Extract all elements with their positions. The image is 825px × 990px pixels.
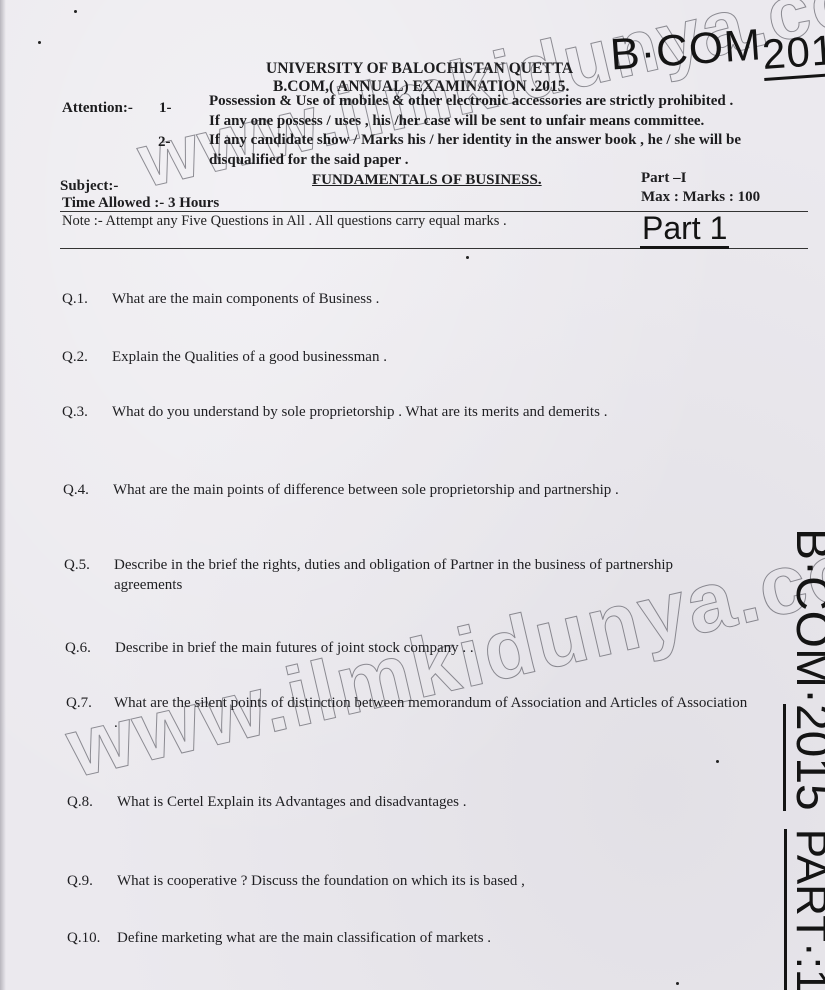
question-number: Q.2. xyxy=(62,347,88,367)
question-text: Explain the Qualities of a good business… xyxy=(112,347,742,367)
attention-item-1-line-1: Possession & Use of mobiles & other elec… xyxy=(209,93,733,110)
question-text: Define marketing what are the main class… xyxy=(117,928,747,948)
handwritten-part: Part 1 xyxy=(640,212,729,249)
question-number: Q.4. xyxy=(63,480,89,500)
attention-item-2-line-1: If any candidate show / Marks his / her … xyxy=(209,132,741,149)
time-allowed: Time Allowed :- 3 Hours xyxy=(62,195,219,212)
question-text: What is Certel Explain its Advantages an… xyxy=(117,792,747,812)
subject-title: FUNDAMENTALS OF BUSINESS. xyxy=(312,172,542,189)
question-number: Q.8. xyxy=(67,792,93,812)
handwritten-side-part: PART·:1 xyxy=(784,829,825,990)
part-label: Part –I xyxy=(641,170,686,187)
question-number: Q.5. xyxy=(64,555,90,575)
handwritten-course: B·COM xyxy=(609,20,764,79)
question-text: Describe in brief the main futures of jo… xyxy=(115,638,745,658)
question-number: Q.3. xyxy=(62,402,88,422)
attention-item-2-line-2: disqualified for the said paper . xyxy=(209,152,408,169)
scan-speck xyxy=(74,10,77,13)
question-number: Q.7. xyxy=(66,693,92,713)
handwritten-side-annotation: B·COM·2015PART·:1 xyxy=(785,528,825,990)
handwritten-course-year: B·COM2015 xyxy=(609,13,825,81)
question-text: Describe in the brief the rights, duties… xyxy=(114,555,744,595)
question-number: Q.10. xyxy=(67,928,100,948)
handwritten-year: 2015 xyxy=(761,27,825,81)
attention-item-1-number: 1- xyxy=(159,100,172,117)
attention-label: Attention:- xyxy=(62,100,133,117)
scan-speck xyxy=(676,982,679,985)
scan-speck xyxy=(38,41,41,44)
university-title: UNIVERSITY OF BALOCHISTAN QUETTA xyxy=(266,60,573,78)
question-text: What do you understand by sole proprieto… xyxy=(112,402,742,422)
question-text: What are the main points of difference b… xyxy=(113,480,743,500)
attention-item-2-number: 2- xyxy=(158,134,171,151)
instructions-note: Note :- Attempt any Five Questions in Al… xyxy=(62,213,507,230)
question-number: Q.9. xyxy=(67,871,93,891)
attention-item-1-line-2: If any one possess / uses , his /her cas… xyxy=(209,113,704,130)
question-number: Q.1. xyxy=(62,289,88,309)
scan-speck xyxy=(466,256,469,259)
question-number: Q.6. xyxy=(65,638,91,658)
subject-label: Subject:- xyxy=(60,178,118,195)
question-text: What is cooperative ? Discuss the founda… xyxy=(117,871,747,891)
handwritten-side-year: 2015 xyxy=(783,704,825,811)
question-text: What are the main components of Business… xyxy=(112,289,742,309)
scan-edge-shadow xyxy=(0,0,6,990)
handwritten-side-course: B·COM· xyxy=(786,528,825,704)
scan-speck xyxy=(716,760,719,763)
max-marks: Max : Marks : 100 xyxy=(641,189,760,206)
question-text: What are the silent points of distinctio… xyxy=(114,693,754,733)
